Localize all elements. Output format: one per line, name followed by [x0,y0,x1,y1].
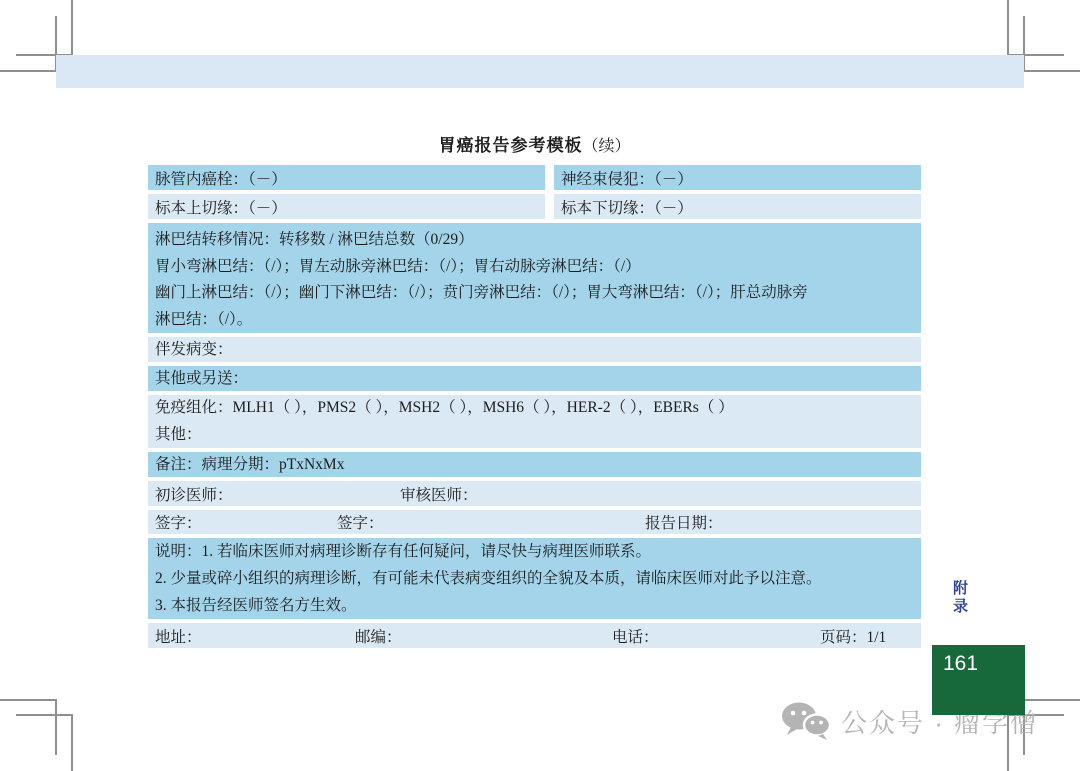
row-instructions: 说明：1. 若临床医师对病理诊断存有任何疑问，请尽快与病理医师联系。 2. 少量… [148,538,921,619]
page-number-box: 161 [932,645,1025,715]
page-title-main: 胃癌报告参考模板 [438,136,582,155]
instruction-line: 3. 本报告经医师签名方生效。 [155,592,913,619]
row-signatures: 签字： 签字： 报告日期： [148,510,921,534]
page-title-suffix: （续） [582,138,630,155]
report-table: 脉管内癌栓：（－） 神经束侵犯：（－） 标本上切缘：（－） 标本下切缘：（－） … [148,165,921,652]
row-remark-staging: 备注：病理分期：pTxNxMx [148,452,921,477]
instruction-line: 说明：1. 若临床医师对病理诊断存有任何疑问，请尽快与病理医师联系。 [155,538,913,565]
page-no-label: 页码：1/1 [820,625,886,647]
crop-mark [1024,70,1080,72]
signature-label: 签字： [155,511,202,533]
lymph-line: 淋巴结：（/）。 [155,307,913,334]
phone-label: 电话： [612,625,659,647]
table-row: 脉管内癌栓：（－） 神经束侵犯：（－） [148,165,921,190]
postal-code-label: 邮编： [355,625,402,647]
ihc-line: 免疫组化：MLH1（ ），PMS2（ ），MSH2（ ），MSH6（ ），HER… [155,395,921,422]
report-date-label: 报告日期： [645,511,723,533]
row-contact-footer: 地址： 邮编： 电话： 页码：1/1 [148,623,921,648]
table-row: 标本上切缘：（－） 标本下切缘：（－） [148,194,921,219]
crop-mark [16,714,72,716]
appendix-label: 附录 [949,580,970,616]
row-immunohistochemistry: 免疫组化：MLH1（ ），PMS2（ ），MSH2（ ），MSH6（ ），HER… [148,395,921,448]
lymph-line: 淋巴结转移情况：转移数 / 淋巴结总数（0/29） [155,227,913,254]
cell-specimen-lower-margin: 标本下切缘：（－） [554,194,921,219]
wechat-icon [780,701,832,741]
cell-nerve-bundle-invasion: 神经束侵犯：（－） [554,165,921,190]
cell-specimen-upper-margin: 标本上切缘：（－） [148,194,545,219]
instruction-line: 2. 少量或碎小组织的病理诊断，有可能未代表病变组织的全貌及本质，请临床医师对此… [155,565,913,592]
page-title: 胃癌报告参考模板（续） [148,131,921,155]
initial-doctor-label: 初诊医师： [155,483,233,505]
signature-label: 签字： [337,511,384,533]
row-other-or-additional: 其他或另送： [148,366,921,391]
row-doctors: 初诊医师： 审核医师： [148,481,921,506]
row-lymph-node-metastasis: 淋巴结转移情况：转移数 / 淋巴结总数（0/29） 胃小弯淋巴结：（/）；胃左动… [148,223,921,333]
crop-mark [71,0,73,56]
address-label: 地址： [155,625,202,647]
crop-mark [0,70,56,72]
review-doctor-label: 审核医师： [400,483,478,505]
crop-mark [55,699,57,755]
ihc-other-line: 其他： [155,422,921,449]
page-number: 161 [943,652,978,676]
crop-mark [71,714,73,771]
lymph-line: 幽门上淋巴结：（/）；幽门下淋巴结：（/）；贲门旁淋巴结：（/）；胃大弯淋巴结：… [155,280,913,307]
cell-vascular-tumor-thrombus: 脉管内癌栓：（－） [148,165,545,190]
row-accompanying-lesion: 伴发病变： [148,337,921,362]
lymph-line: 胃小弯淋巴结：（/）；胃左动脉旁淋巴结：（/）；胃右动脉旁淋巴结：（/） [155,254,913,281]
top-decoration-bar [56,55,1024,88]
crop-mark [1007,0,1009,56]
crop-mark [0,699,56,701]
